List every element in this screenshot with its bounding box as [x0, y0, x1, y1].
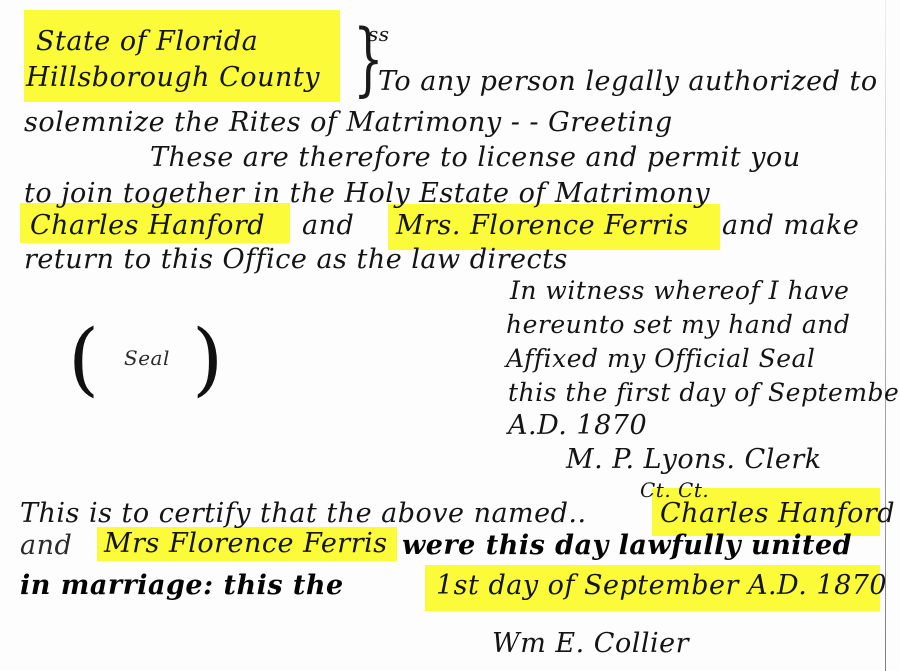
witness-line-3: Affixed my Official Seal	[506, 344, 815, 373]
certificate-and: and	[20, 530, 72, 561]
license-line-6: return to this Office as the law directs	[24, 244, 568, 275]
clerk-signature: M. P. Lyons. Clerk	[566, 444, 822, 475]
marriage-record-scan: State of Florida Hillsborough County } s…	[0, 0, 900, 671]
jurisdiction-state: State of Florida	[36, 26, 258, 57]
officiant-signature: Wm E. Collier	[492, 628, 689, 659]
marriage-date: 1st day of September A.D. 1870	[436, 570, 887, 601]
witness-year: A.D. 1870	[508, 410, 647, 441]
bride-name-license: Mrs. Florence Ferris	[396, 210, 689, 241]
page-edge	[885, 0, 886, 671]
seal-paren-close: )	[192, 312, 223, 405]
certificate-line-3: in marriage: this the	[20, 570, 344, 601]
witness-line-2: hereunto set my hand and	[506, 310, 850, 339]
groom-name-license: Charles Hanford	[30, 210, 265, 241]
certificate-line-1: This is to certify that the above named.…	[20, 498, 587, 529]
witness-line-4: this the first day of September	[508, 378, 900, 407]
license-line-3: These are therefore to license and permi…	[150, 142, 801, 173]
witness-line-1: In witness whereof I have	[510, 276, 849, 305]
license-line-1: To any person legally authorized to	[378, 66, 878, 97]
license-line-4: to join together in the Holy Estate of M…	[24, 178, 710, 209]
seal-paren-open: (	[68, 312, 99, 405]
groom-name-certificate: Charles Hanford	[660, 498, 895, 529]
seal-label: Seal	[124, 346, 170, 370]
license-line-2: solemnize the Rites of Matrimony - - Gre…	[24, 107, 673, 138]
header-ss: ss	[368, 22, 390, 46]
license-line-5-end: and make	[722, 210, 859, 241]
certificate-line-2-end: were this day lawfully united	[402, 530, 852, 561]
bride-name-certificate: Mrs Florence Ferris	[104, 528, 388, 559]
jurisdiction-county: Hillsborough County	[26, 62, 320, 93]
license-and: and	[302, 210, 354, 241]
